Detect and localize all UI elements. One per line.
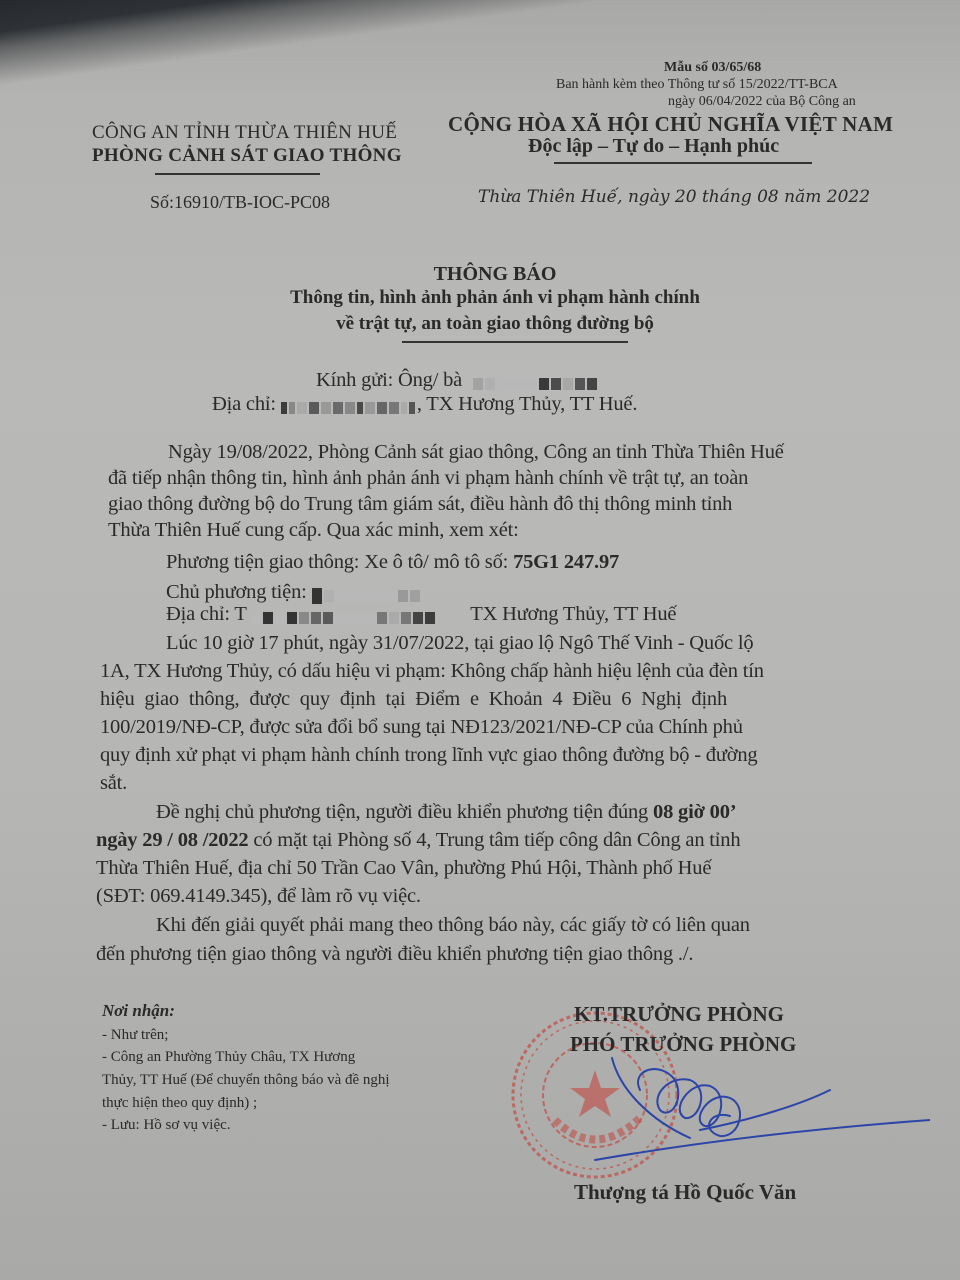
- para2-line: quy định xử phạt vi phạm hành chính tron…: [100, 744, 757, 767]
- para3-line2: ngày 29 / 08 /2022 có mặt tại Phòng số 4…: [96, 829, 740, 852]
- para3-text: có mặt tại Phòng số 4, Trung tâm tiếp cô…: [253, 829, 740, 851]
- address-label: Địa chỉ:: [212, 393, 276, 415]
- para4-line: Khi đến giải quyết phải mang theo thông …: [156, 914, 750, 937]
- redacted-name: [473, 372, 599, 390]
- appointment-date: ngày 29 / 08 /2022: [96, 829, 248, 851]
- owner-address-line: Địa chỉ: T TX Hương Thủy, TT Huế: [166, 603, 676, 626]
- para4-line: đến phương tiện giao thông và người điều…: [96, 943, 693, 966]
- owner-address-label: Địa chỉ: T: [166, 603, 246, 625]
- para2-line: Lúc 10 giờ 17 phút, ngày 31/07/2022, tại…: [166, 632, 753, 655]
- national-motto: Độc lập – Tự do – Hạnh phúc: [528, 135, 779, 158]
- document-page: Mẫu số 03/65/68 Ban hành kèm theo Thông …: [0, 0, 960, 1280]
- recipient-item: - Công an Phường Thủy Châu, TX Hương: [102, 1049, 355, 1066]
- motto-underline: [554, 162, 812, 164]
- address-suffix: , TX Hương Thủy, TT Huế.: [417, 393, 637, 415]
- vehicle-line: Phương tiện giao thông: Xe ô tô/ mô tô s…: [166, 551, 619, 574]
- signature-title-line1: KT.TRƯỞNG PHÒNG: [574, 1002, 784, 1027]
- para2-line: hiệu giao thông, được quy định tại Điểm …: [100, 688, 727, 711]
- subtitle-underline: [402, 341, 628, 343]
- form-issued-date: ngày 06/04/2022 của Bộ Công an: [668, 94, 856, 110]
- recipient-address: Địa chỉ: , TX Hương Thủy, TT Huế.: [212, 393, 637, 416]
- para3-line4: (SĐT: 069.4149.345), để làm rõ vụ việc.: [96, 885, 421, 908]
- handwritten-signature-icon: [590, 1050, 930, 1170]
- recipient-greeting: Kính gửi: Ông/ bà: [316, 369, 599, 392]
- greeting-label: Kính gửi: Ông/ bà: [316, 369, 462, 391]
- redacted-address: [281, 396, 417, 414]
- para1-line: đã tiếp nhận thông tin, hình ảnh phản án…: [108, 467, 748, 490]
- agency-department: PHÒNG CẢNH SÁT GIAO THÔNG: [92, 145, 402, 167]
- redacted-owner-address: [251, 606, 437, 624]
- signer-name: Thượng tá Hồ Quốc Văn: [574, 1180, 796, 1205]
- agency-underline: [155, 173, 320, 175]
- para1-line: Ngày 19/08/2022, Phòng Cảnh sát giao thô…: [168, 441, 784, 464]
- recipient-item: thực hiện theo quy định) ;: [102, 1095, 257, 1112]
- owner-line: Chủ phương tiện:: [166, 581, 422, 604]
- nation-name: CỘNG HÒA XÃ HỘI CHỦ NGHĨA VIỆT NAM: [448, 112, 893, 137]
- document-subtitle-line2: về trật tự, an toàn giao thông đường bộ: [0, 313, 960, 335]
- recipient-item: Thủy, TT Huế (Để chuyển thông báo và đề …: [102, 1072, 390, 1089]
- recipient-item: - Lưu: Hồ sơ vụ việc.: [102, 1117, 231, 1134]
- appointment-time: 08 giờ 00’: [653, 801, 736, 823]
- form-number: Mẫu số 03/65/68: [664, 60, 761, 76]
- recipient-item: - Như trên;: [102, 1027, 168, 1044]
- para3-line3: Thừa Thiên Huế, địa chỉ 50 Trần Cao Vân,…: [96, 857, 711, 880]
- redacted-owner-name: [312, 584, 422, 602]
- document-subtitle-line1: Thông tin, hình ảnh phản ánh vi phạm hàn…: [0, 287, 960, 309]
- recipients-heading: Nơi nhận:: [102, 1001, 175, 1021]
- para3-text: Đề nghị chủ phương tiện, người điều khiể…: [156, 801, 648, 823]
- para2-line: 1A, TX Hương Thủy, có dấu hiệu vi phạm: …: [100, 660, 764, 683]
- owner-address-suffix: TX Hương Thủy, TT Huế: [470, 603, 676, 625]
- para3-line1: Đề nghị chủ phương tiện, người điều khiể…: [156, 801, 736, 824]
- para1-line: Thừa Thiên Huế cung cấp. Qua xác minh, x…: [108, 519, 519, 542]
- document-number: Số:16910/TB-IOC-PC08: [150, 192, 330, 213]
- vehicle-plate: 75G1 247.97: [513, 551, 619, 573]
- para2-line: 100/2019/NĐ-CP, được sửa đổi bổ sung tại…: [100, 716, 743, 739]
- para1-line: giao thông đường bộ do Trung tâm giám sá…: [108, 493, 732, 516]
- para2-line: sắt.: [100, 772, 127, 795]
- vehicle-label: Phương tiện giao thông: Xe ô tô/ mô tô s…: [166, 551, 508, 573]
- form-issued-with: Ban hành kèm theo Thông tư số 15/2022/TT…: [556, 77, 838, 93]
- owner-label: Chủ phương tiện:: [166, 581, 307, 603]
- agency-parent: CÔNG AN TỈNH THỪA THIÊN HUẾ: [92, 122, 397, 144]
- document-title: THÔNG BÁO: [0, 263, 960, 286]
- place-date: Thừa Thiên Huế, ngày 20 tháng 08 năm 202…: [478, 187, 870, 207]
